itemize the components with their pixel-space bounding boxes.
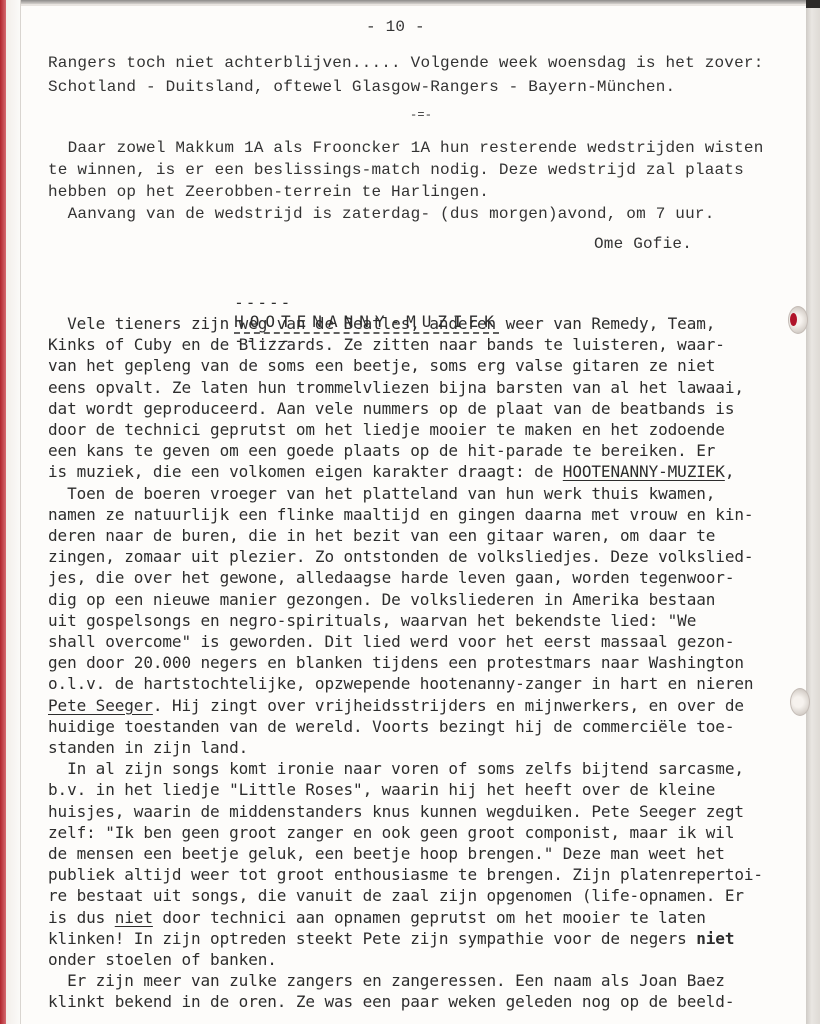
article-line: huidige toestanden van de wereld. Voorts… <box>48 717 734 736</box>
text-run: door technici aan opnamen geprutst om he… <box>153 908 706 927</box>
text-run: klinkt bekend in de oren. Ze was een paa… <box>48 992 734 1011</box>
article-line: Toen de boeren vroeger van het plattelan… <box>48 484 715 503</box>
text-run: b.v. in het liedje "Little Roses", waari… <box>48 780 715 799</box>
page-margin-strip <box>6 0 21 1024</box>
text-run: eens opvalt. Ze laten hun trommelvliezen… <box>48 378 744 397</box>
article-line: door de technici geprutst om het liedje … <box>48 420 725 439</box>
underlined-text: Pete Seeger <box>48 696 153 715</box>
article-line: namen ze natuurlijk een flinke maaltijd … <box>48 505 753 524</box>
text-run: van het gepleng van de soms een beetje, … <box>48 356 715 375</box>
text-run: huisjes, waarin de middenstanders knus k… <box>48 802 744 821</box>
signature: Ome Gofie. <box>594 235 692 253</box>
article-line: huisjes, waarin de middenstanders knus k… <box>48 802 744 821</box>
article-line: Vele tieners zijn weg van de Beatles, an… <box>48 314 715 333</box>
article-line: b.v. in het liedje "Little Roses", waari… <box>48 780 715 799</box>
notice-line: te winnen, is er een beslissings-match n… <box>48 161 744 179</box>
article-line: publiek altijd weer tot groot enthousias… <box>48 865 763 884</box>
text-run: In al zijn songs komt ironie naar voren … <box>48 759 744 778</box>
text-run: uit gospelsongs en negro-spirituals, waa… <box>48 611 696 630</box>
text-run: , <box>725 462 735 481</box>
text-run: o.l.v. de hartstochtelijke, opzwepende h… <box>48 674 753 693</box>
article-line: Kinks of Cuby en de Blizzards. Ze zitten… <box>48 335 725 354</box>
underlined-text: niet <box>115 908 153 927</box>
scan-right-edge <box>806 0 820 1024</box>
intro-line: Schotland - Duitsland, oftewel Glasgow-R… <box>48 78 675 96</box>
notice-line: Daar zowel Makkum 1A als Frooncker 1A hu… <box>48 139 764 157</box>
text-run: is muziek, die een volkomen eigen karakt… <box>48 462 563 481</box>
article-line: de mensen een beetje geluk, een beetje h… <box>48 844 725 863</box>
article-line: standen in zijn land. <box>48 738 248 757</box>
text-run: een kans te geven om een goede plaats op… <box>48 441 715 460</box>
scan-corner <box>806 0 820 8</box>
text-run: zingen, zomaar uit plezier. Zo ontstonde… <box>48 547 753 566</box>
article-line: onder stoelen of banken. <box>48 950 277 969</box>
article-line: is muziek, die een volkomen eigen karakt… <box>48 462 734 481</box>
text-run: shall overcome" is geworden. Dit lied we… <box>48 632 734 651</box>
text-run: dat wordt geproduceerd. Aan vele nummers… <box>48 399 734 418</box>
article-line: zingen, zomaar uit plezier. Zo ontstonde… <box>48 547 753 566</box>
document-page: - 10 - Rangers toch niet achterblijven..… <box>21 6 806 1024</box>
text-run: Er zijn meer van zulke zangers en zanger… <box>48 971 725 990</box>
article-line: In al zijn songs komt ironie naar voren … <box>48 759 744 778</box>
text-run: Kinks of Cuby en de Blizzards. Ze zitten… <box>48 335 725 354</box>
text-run: gen door 20.000 negers en blanken tijden… <box>48 653 744 672</box>
article-line: klinken! In zijn optreden steekt Pete zi… <box>48 929 734 948</box>
text-run: zelf: "Ik ben geen groot zanger en ook g… <box>48 823 734 842</box>
text-run: . Hij zingt over vrijheidsstrijders en m… <box>153 696 744 715</box>
text-run: deren naar de buren, die in het bezit va… <box>48 526 715 545</box>
section-separator: -=- <box>410 108 432 122</box>
text-run: onder stoelen of banken. <box>48 950 277 969</box>
underlined-text: HOOTENANNY-MUZIEK <box>563 462 725 481</box>
article-line: o.l.v. de hartstochtelijke, opzwepende h… <box>48 674 753 693</box>
article-line: Er zijn meer van zulke zangers en zanger… <box>48 971 725 990</box>
punch-hole <box>790 688 810 716</box>
article-line: shall overcome" is geworden. Dit lied we… <box>48 632 734 651</box>
article-line: dat wordt geproduceerd. Aan vele nummers… <box>48 399 734 418</box>
text-run: klinken! In zijn optreden steekt Pete zi… <box>48 929 696 948</box>
notice-line: hebben op het Zeerobben-terrein te Harli… <box>48 183 489 201</box>
text-run: jes, die over het gewone, alledaagse har… <box>48 568 734 587</box>
text-run: re bestaat uit songs, die vanuit de zaal… <box>48 886 744 905</box>
text-run: is dus <box>48 908 115 927</box>
article-line: is dus niet door technici aan opnamen ge… <box>48 908 706 927</box>
text-run: dig op een nieuwe manier gezongen. De vo… <box>48 590 715 609</box>
article-line: van het gepleng van de soms een beetje, … <box>48 356 715 375</box>
article-line: een kans te geven om een goede plaats op… <box>48 441 715 460</box>
text-run: Vele tieners zijn weg van de Beatles, an… <box>48 314 715 333</box>
article-line: klinkt bekend in de oren. Ze was een paa… <box>48 992 734 1011</box>
page-number: - 10 - <box>366 18 425 36</box>
article-line: eens opvalt. Ze laten hun trommelvliezen… <box>48 378 744 397</box>
punch-hole <box>788 306 808 334</box>
article-line: Pete Seeger. Hij zingt over vrijheidsstr… <box>48 696 744 715</box>
bold-text: niet <box>696 929 734 948</box>
text-run: de mensen een beetje geluk, een beetje h… <box>48 844 725 863</box>
intro-line: Rangers toch niet achterblijven..... Vol… <box>48 54 764 72</box>
article-line: zelf: "Ik ben geen groot zanger en ook g… <box>48 823 734 842</box>
scan-top-edge <box>0 0 820 4</box>
heading-dashes-left: ----- <box>234 293 292 312</box>
article-line: dig op een nieuwe manier gezongen. De vo… <box>48 590 715 609</box>
notice-line: Aanvang van de wedstrijd is zaterdag- (d… <box>48 205 715 223</box>
article-line: re bestaat uit songs, die vanuit de zaal… <box>48 886 744 905</box>
text-run: standen in zijn land. <box>48 738 248 757</box>
article-line: deren naar de buren, die in het bezit va… <box>48 526 715 545</box>
article-line: jes, die over het gewone, alledaagse har… <box>48 568 734 587</box>
article-line: gen door 20.000 negers en blanken tijden… <box>48 653 744 672</box>
text-run: publiek altijd weer tot groot enthousias… <box>48 865 763 884</box>
text-run: Toen de boeren vroeger van het plattelan… <box>48 484 715 503</box>
text-run: namen ze natuurlijk een flinke maaltijd … <box>48 505 753 524</box>
text-run: door de technici geprutst om het liedje … <box>48 420 725 439</box>
text-run: huidige toestanden van de wereld. Voorts… <box>48 717 734 736</box>
article-line: uit gospelsongs en negro-spirituals, waa… <box>48 611 696 630</box>
